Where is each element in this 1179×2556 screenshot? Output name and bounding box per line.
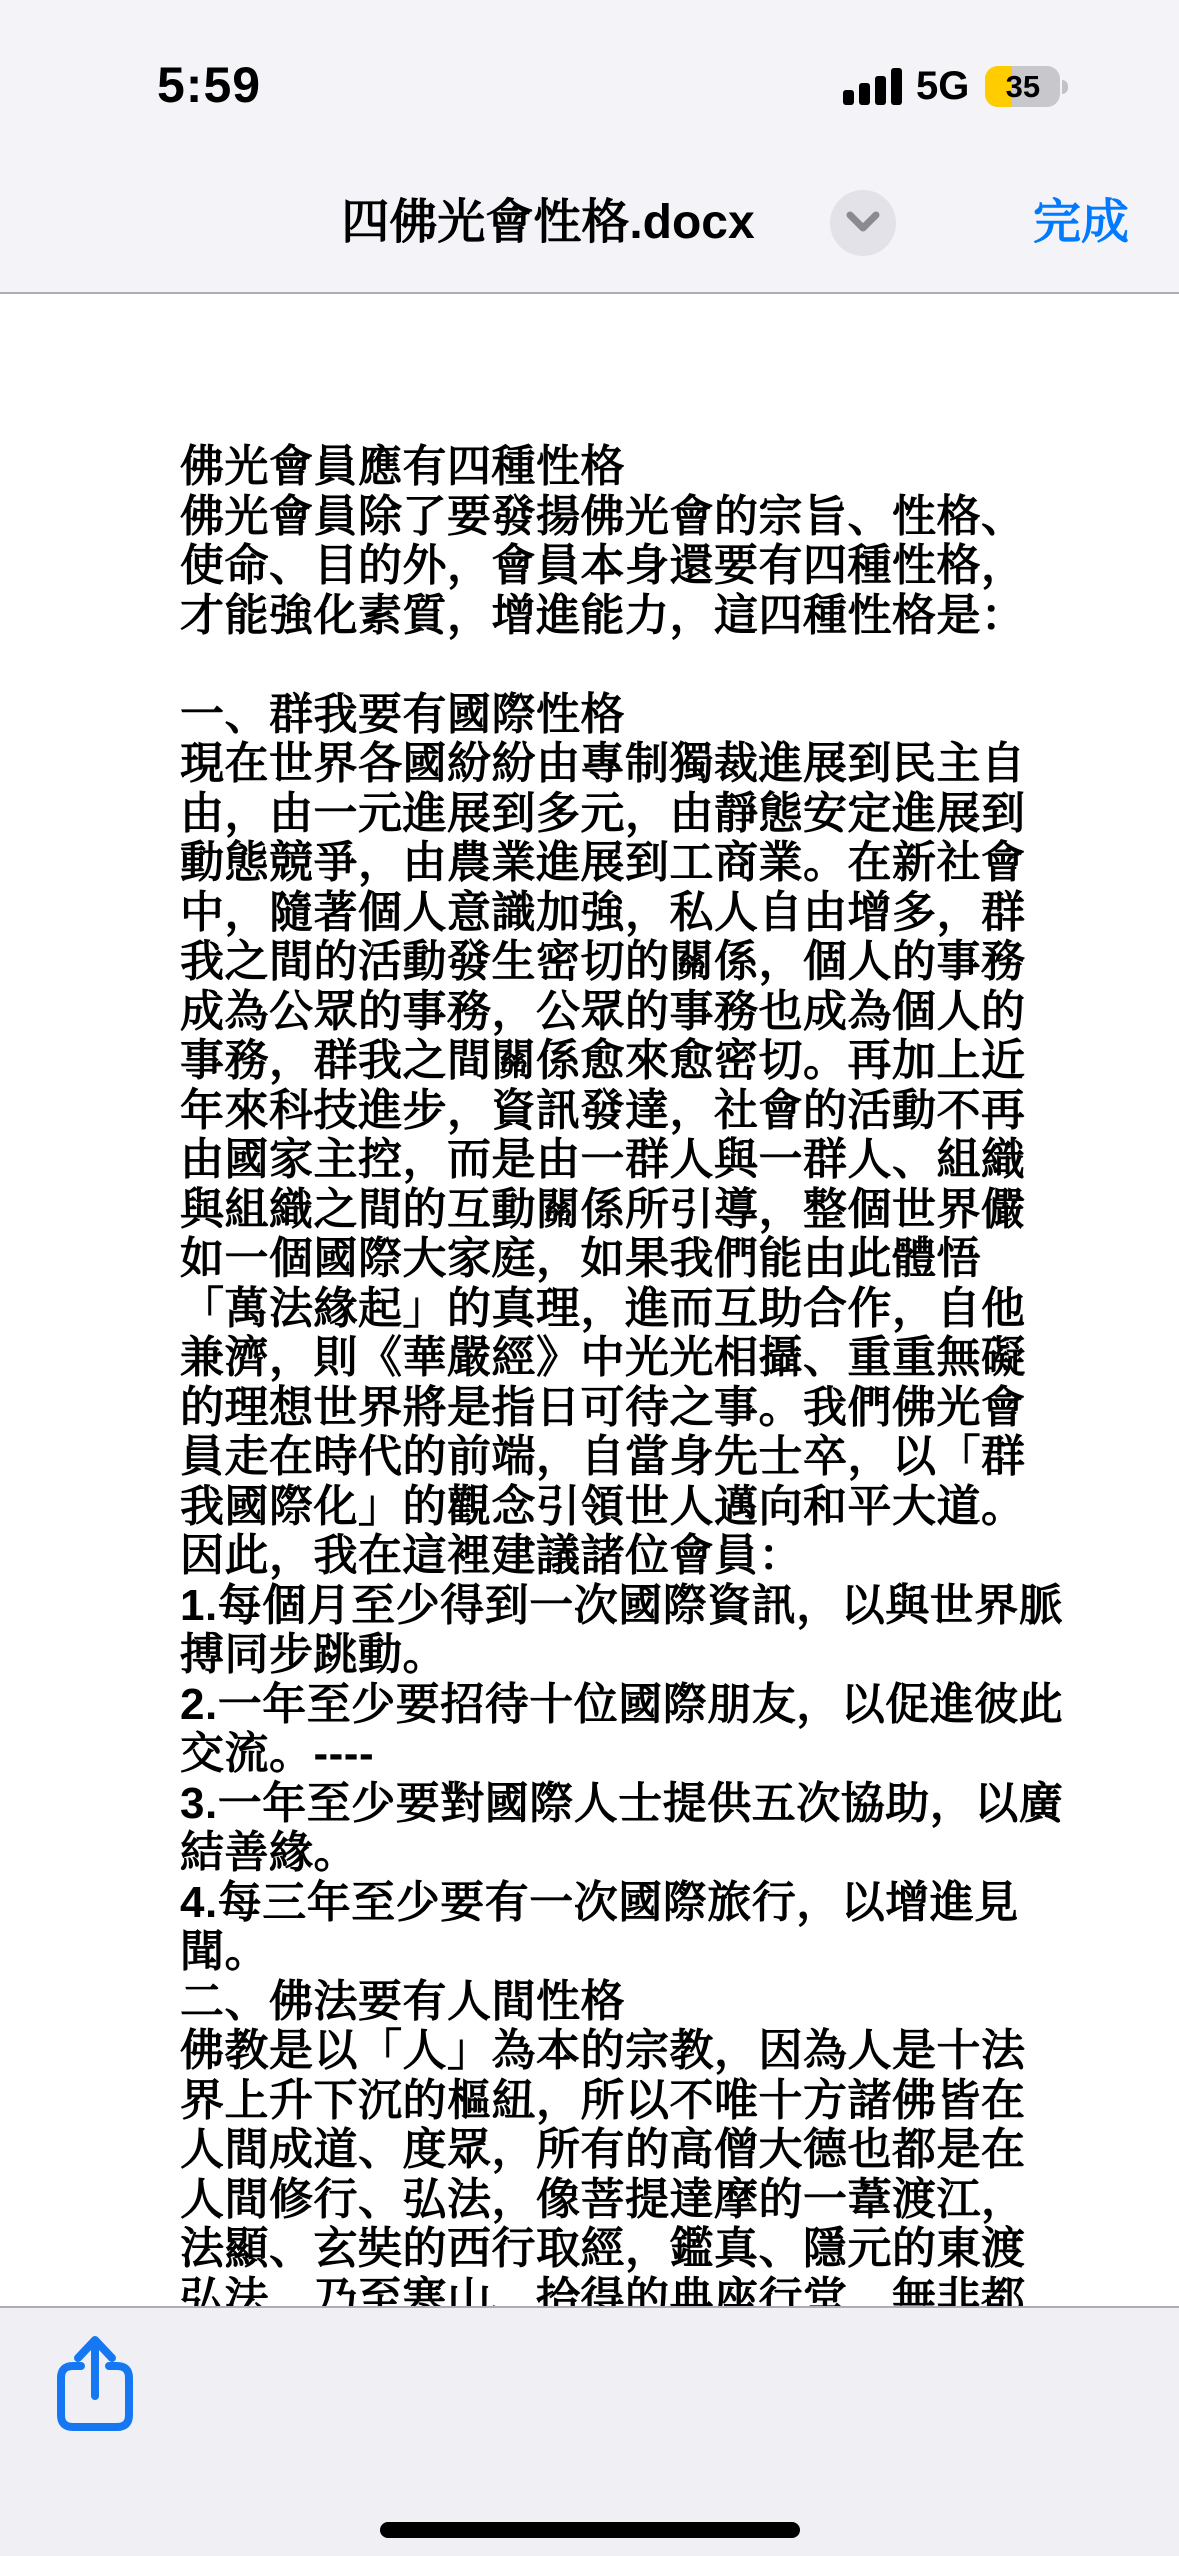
text-line: 3.一年至少要對國際人士提供五次協助，以廣	[180, 1779, 1090, 1829]
status-indicators: 5G 35	[843, 66, 1068, 107]
text-line: 法顯、玄奘的西行取經，鑑真、隱元的東渡	[180, 2224, 1090, 2274]
text-line	[180, 640, 1090, 690]
text-line: 動態競爭，由農業進展到工商業。在新社會	[180, 838, 1090, 888]
text-line: 「萬法緣起」的真理，進而互助合作，自他	[180, 1284, 1090, 1334]
text-line: 佛教是以「人」為本的宗教，因為人是十法	[180, 2026, 1090, 2076]
text-line: 我之間的活動發生密切的關係，個人的事務	[180, 937, 1090, 987]
text-line: 如一個國際大家庭，如果我們能由此體悟	[180, 1234, 1090, 1284]
title-menu-button[interactable]	[830, 190, 896, 256]
text-line: 結善緣。	[180, 1828, 1090, 1878]
text-line: 由國家主控，而是由一群人與一群人、組織	[180, 1135, 1090, 1185]
text-line: 二、佛法要有人間性格	[180, 1977, 1090, 2027]
text-line: 人間修行、弘法，像菩提達摩的一葦渡江，	[180, 2175, 1090, 2225]
battery-percent: 35	[985, 66, 1060, 107]
text-line: 聞。	[180, 1927, 1090, 1977]
document-title: 四佛光會性格.docx	[341, 190, 754, 256]
battery-icon: 35	[985, 66, 1068, 107]
text-line: 交流。----	[180, 1729, 1090, 1779]
text-line: 2.一年至少要招待十位國際朋友，以促進彼此	[180, 1680, 1090, 1730]
text-line: 的理想世界將是指日可待之事。我們佛光會	[180, 1383, 1090, 1433]
text-line: 才能強化素質，增進能力，這四種性格是：	[180, 591, 1090, 641]
nav-bar: 四佛光會性格.docx 完成	[0, 190, 1179, 256]
text-line: 因此，我在這裡建議諸位會員：	[180, 1531, 1090, 1581]
signal-bars-icon	[843, 68, 902, 105]
document-content: 佛光會員應有四種性格佛光會員除了要發揚佛光會的宗旨、性格、使命、目的外，會員本身…	[0, 294, 1090, 2306]
share-icon	[56, 2420, 134, 2435]
chevron-down-icon	[846, 211, 880, 236]
text-line: 一、群我要有國際性格	[180, 690, 1090, 740]
text-line: 界上升下沉的樞紐，所以不唯十方諸佛皆在	[180, 2076, 1090, 2126]
home-indicator[interactable]	[380, 2522, 800, 2538]
share-button[interactable]	[56, 2334, 134, 2432]
signal-bar	[859, 83, 870, 105]
text-line: 佛光會員應有四種性格	[180, 442, 1090, 492]
signal-bar	[875, 76, 886, 105]
text-line: 1.每個月至少得到一次國際資訊，以與世界脈	[180, 1581, 1090, 1631]
text-line: 佛光會員除了要發揚佛光會的宗旨、性格、	[180, 492, 1090, 542]
text-line: 由，由一元進展到多元，由靜態安定進展到	[180, 789, 1090, 839]
signal-bar	[891, 68, 902, 105]
text-line: 4.每三年至少要有一次國際旅行，以增進見	[180, 1878, 1090, 1928]
battery-tip	[1062, 80, 1068, 94]
text-line: 與組織之間的互動關係所引導，整個世界儼	[180, 1185, 1090, 1235]
text-line: 中，隨著個人意識加強，私人自由增多，群	[180, 888, 1090, 938]
bottom-toolbar	[0, 2306, 1179, 2556]
text-line: 員走在時代的前端，自當身先士卒，以「群	[180, 1432, 1090, 1482]
network-type-label: 5G	[916, 65, 969, 107]
text-line: 搏同步跳動。	[180, 1630, 1090, 1680]
text-line: 現在世界各國紛紛由專制獨裁進展到民主自	[180, 739, 1090, 789]
document-viewer[interactable]: 佛光會員應有四種性格佛光會員除了要發揚佛光會的宗旨、性格、使命、目的外，會員本身…	[0, 294, 1179, 2306]
done-button[interactable]: 完成	[1033, 190, 1129, 256]
text-line: 事務，群我之間關係愈來愈密切。再加上近	[180, 1036, 1090, 1086]
text-line: 使命、目的外，會員本身還要有四種性格，	[180, 541, 1090, 591]
text-line: 弘法，乃至寒山、拾得的典座行堂，無非都	[180, 2274, 1090, 2307]
status-time: 5:59	[157, 56, 261, 114]
signal-bar	[843, 90, 854, 105]
text-line: 年來科技進步，資訊發達，社會的活動不再	[180, 1086, 1090, 1136]
iphone-screen: 5:59 5G 35 四佛光會性格.docx	[0, 0, 1179, 2556]
top-chrome: 5:59 5G 35 四佛光會性格.docx	[0, 0, 1179, 294]
text-line: 成為公眾的事務，公眾的事務也成為個人的	[180, 987, 1090, 1037]
text-line: 我國際化」的觀念引領世人邁向和平大道。	[180, 1482, 1090, 1532]
text-line: 人間成道、度眾，所有的高僧大德也都是在	[180, 2125, 1090, 2175]
battery-body: 35	[985, 66, 1060, 107]
text-line: 兼濟，則《華嚴經》中光光相攝、重重無礙	[180, 1333, 1090, 1383]
